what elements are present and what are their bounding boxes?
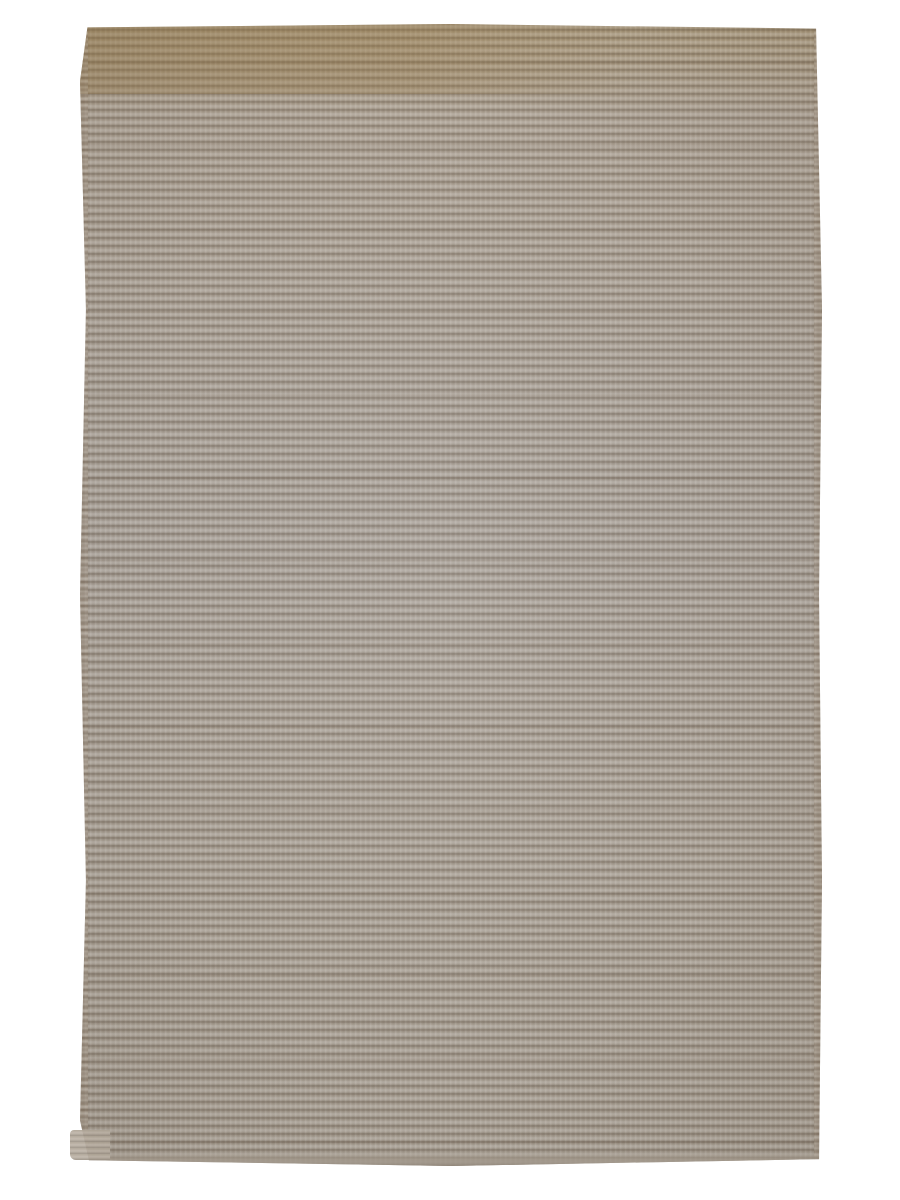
- woven-rug: [80, 24, 822, 1166]
- rug-bottom-edge: [80, 1152, 822, 1166]
- rug-left-edge: [80, 24, 88, 1166]
- rug-shading: [80, 24, 822, 1166]
- rug-right-edge: [814, 24, 822, 1166]
- photo-canvas: [0, 0, 900, 1200]
- rug-top-tan-band: [80, 24, 822, 94]
